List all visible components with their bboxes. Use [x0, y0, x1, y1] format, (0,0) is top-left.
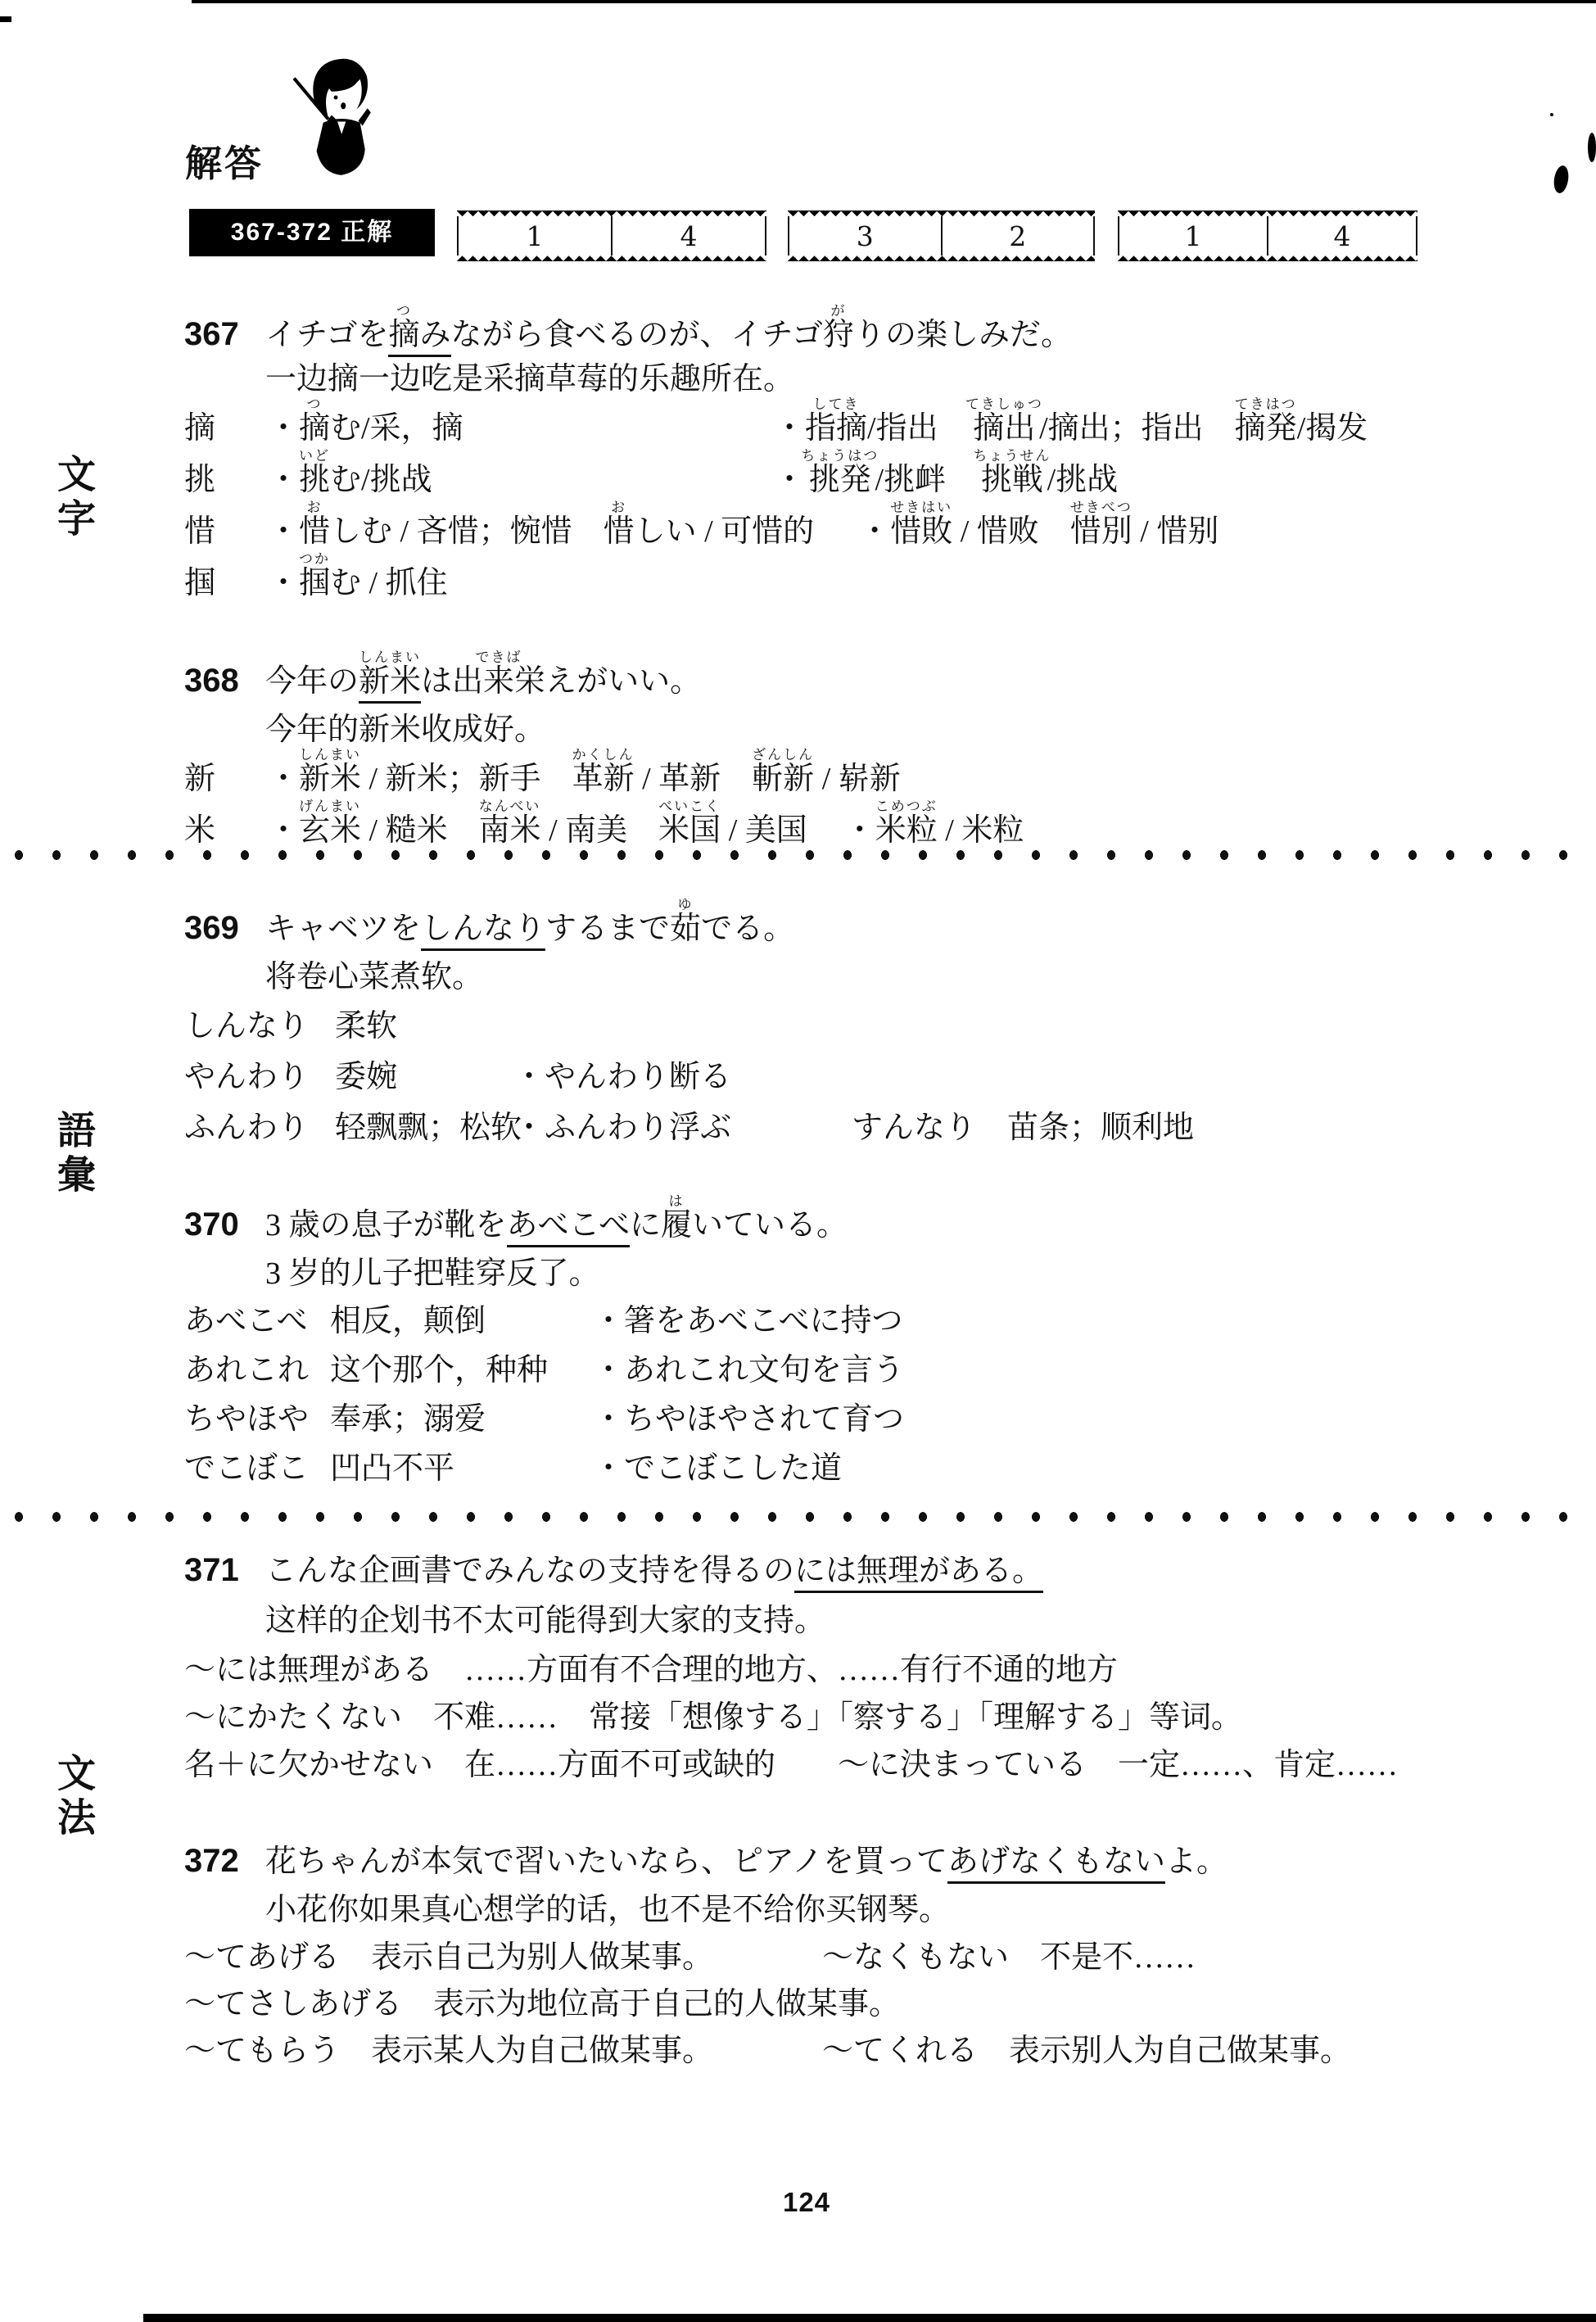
kanji-row: 米 ・玄米げんまい / 糙米 南米なんべい / 南美 米国べいこく / 美国 ・… — [184, 799, 1563, 850]
question-372: 372 花ちゃんが本気で習いたいなら、ピアノを買ってあげなくもないよ。 小花你如… — [184, 1826, 1563, 2082]
question-translation: 今年的新米收成好。 — [265, 714, 1563, 745]
vocab-row: あれこれ 这个那个，种种 ・あれこれ文句を言う — [184, 1355, 1563, 1386]
question-sentence: イチゴを摘つみながら食べるのが、イチゴ狩がりの楽しみだ。 — [265, 303, 1072, 353]
ink-speck — [1550, 113, 1553, 116]
question-translation: 3 岁的儿子把鞋穿反了。 — [265, 1258, 1563, 1289]
question-sentence: こんな企画書でみんなの支持を得るのには無理がある。 — [265, 1553, 1043, 1589]
vocab-term: しんなり — [184, 1011, 335, 1042]
page-root: 解答 367-372 正解 1 4 3 2 1 4 文字 語彙 文法 367 イ… — [0, 0, 1596, 2322]
dotted-divider — [0, 1511, 1596, 1523]
kanji-row: 新 ・新米しんまい / 新米；新手 革新かくしん / 革新 斬新ざんしん / 崭… — [184, 747, 1563, 799]
kanji-headword: 掴 — [184, 558, 268, 609]
vocab-example: ・ふんわり浮ぶ — [513, 1112, 852, 1143]
question-370: 370 3 歳の息子が靴をあべこべに履はいている。 3 岁的儿子把鞋穿反了。 あ… — [184, 1177, 1563, 1502]
grammar-lines: ～てあげる 表示自己为别人做某事。 ～なくもない 不是不…… ～てさしあげる 表… — [184, 1942, 1563, 2066]
kanji-rows: 新 ・新米しんまい / 新米；新手 革新かくしん / 革新 斬新ざんしん / 崭… — [184, 747, 1563, 850]
question-translation: 一边摘一边吃是采摘草莓的乐趣所在。 — [265, 364, 1563, 395]
vocab-meaning: 相反，颠倒 — [330, 1306, 593, 1337]
sidebar-label-characters: 文字 — [46, 454, 101, 542]
question-heading: 370 3 歳の息子が靴をあべこべに履はいている。 — [184, 1177, 1563, 1243]
vocab-example — [513, 1011, 852, 1042]
question-number: 369 — [184, 910, 265, 946]
vocab-term: でこぼこ — [184, 1453, 330, 1484]
vocab-row: でこぼこ 凹凸不平 ・でこぼこした道 — [184, 1453, 1563, 1484]
kanji-compounds-right: ・惜敗せきはい / 惜败 惜別せきべつ / 惜别 — [859, 500, 1218, 558]
question-number: 367 — [184, 316, 265, 352]
scan-speck — [0, 16, 11, 22]
question-number: 370 — [184, 1206, 265, 1242]
kanji-row: 惜 ・惜おしむ / 吝惜；惋惜 惜おしい / 可惜的 ・惜敗せきはい / 惜败 … — [184, 500, 1563, 551]
grammar-line: 名＋に欠かせない 在……方面不可或缺的 ～に決まっている 一定……、肯定…… — [184, 1749, 1563, 1781]
kanji-row: 挑 ・挑いどむ/挑战 ・挑発ちょうはつ/挑衅 挑戦ちょうせん/挑战 — [184, 448, 1563, 500]
answers-section-label: 解答 — [185, 134, 264, 187]
vocab-term: あべこべ — [184, 1306, 330, 1337]
vocab-row: やんわり 委婉 ・やんわり断る — [184, 1061, 1563, 1093]
scan-edge-line-bottom — [143, 2314, 1596, 2322]
answer-stamp-group: 1 4 — [457, 216, 766, 256]
question-369: 369 キャベツをしんなりするまで茹ゆでる。 将卷心菜煮软。 しんなり 柔软 や… — [184, 880, 1563, 1163]
vocab-row: ちやほや 奉承；溺爱 ・ちやほやされて育つ — [184, 1404, 1563, 1435]
question-number: 372 — [184, 1843, 265, 1879]
vocab-rows: あべこべ 相反，颠倒 ・箸をあべこべに持つ あれこれ 这个那个，种种 ・あれこれ… — [184, 1306, 1563, 1484]
answer-cell-369: 3 — [789, 216, 941, 256]
vocab-row: しんなり 柔软 — [184, 1011, 1563, 1042]
ink-blob — [1588, 133, 1596, 162]
kanji-compounds-left: ・玄米げんまい / 糙米 南米なんべい / 南美 米国べいこく / 美国 — [268, 799, 807, 857]
vocab-term: やんわり — [184, 1061, 335, 1093]
answer-cell-371: 1 — [1119, 216, 1267, 256]
answer-cell-367: 1 — [459, 216, 611, 256]
sidebar-label-vocabulary: 語彙 — [46, 1110, 101, 1198]
vocab-meaning: 柔软 — [335, 1011, 513, 1042]
grammar-line: ～てさしあげる 表示为地位高于自己的人做某事。 — [184, 1989, 1563, 2020]
sidebar-label-grammar: 文法 — [46, 1753, 101, 1841]
kanji-headword: 米 — [184, 805, 268, 857]
question-translation: 将卷心菜煮软。 — [265, 962, 1563, 993]
vocab-example: ・でこぼこした道 — [593, 1453, 842, 1484]
kanji-headword: 新 — [184, 754, 268, 805]
grammar-line: ～てあげる 表示自己为别人做某事。 ～なくもない 不是不…… — [184, 1942, 1563, 1973]
kanji-compounds-left: ・挑いどむ/挑战 — [268, 448, 774, 506]
kanji-compounds-right: ・挑発ちょうはつ/挑衅 挑戦ちょうせん/挑战 — [774, 448, 1118, 506]
vocab-example: ・箸をあべこべに持つ — [593, 1306, 902, 1337]
vocab-term: あれこれ — [184, 1355, 330, 1386]
vocab-meaning: 这个那个，种种 — [330, 1355, 593, 1386]
question-368: 368 今年の新米しんまいは出来栄できばえがいい。 今年的新米收成好。 新 ・新… — [184, 633, 1563, 850]
kanji-compounds-right: ・指摘してき/指出 摘出てきしゅつ/摘出；指出 摘発てきはつ/揭发 — [774, 396, 1368, 455]
vocab-rows: しんなり 柔软 やんわり 委婉 ・やんわり断る ふんわり 轻飘飘；松软 ・ふんわ… — [184, 1011, 1563, 1143]
question-heading: 369 キャベツをしんなりするまで茹ゆでる。 — [184, 880, 1563, 947]
kanji-rows: 摘 ・摘つむ/采，摘 ・指摘してき/指出 摘出てきしゅつ/摘出；指出 摘発てきは… — [184, 396, 1563, 603]
question-translation: 小花你如果真心想学的话，也不是不给你买钢琴。 — [265, 1894, 1563, 1926]
question-371: 371 こんな企画書でみんなの支持を得るのには無理がある。 这样的企划书不太可能… — [184, 1536, 1563, 1797]
ink-blob — [1552, 165, 1570, 194]
answer-stamp-group: 3 2 — [788, 216, 1095, 256]
question-heading: 371 こんな企画書でみんなの支持を得るのには無理がある。 — [184, 1536, 1563, 1589]
question-number: 368 — [184, 663, 265, 699]
kanji-compounds-left: ・摘つむ/采，摘 — [268, 396, 774, 455]
vocab-row: ふんわり 轻飘飘；松软 ・ふんわり浮ぶ すんなり 苗条；顺利地 — [184, 1112, 1563, 1143]
page-number: 124 — [741, 2187, 872, 2218]
vocab-example: ・あれこれ文句を言う — [593, 1355, 904, 1386]
vocab-meaning: 委婉 — [335, 1061, 513, 1093]
answer-cell-370: 2 — [941, 216, 1094, 256]
answer-cell-372: 4 — [1267, 216, 1416, 256]
kanji-headword: 摘 — [184, 403, 268, 455]
vocab-meaning: 轻飘飘；松软 — [335, 1112, 513, 1143]
kanji-headword: 惜 — [184, 506, 268, 558]
kanji-row: 摘 ・摘つむ/采，摘 ・指摘してき/指出 摘出てきしゅつ/摘出；指出 摘発てきは… — [184, 396, 1563, 448]
kanji-headword: 挑 — [184, 455, 268, 506]
answer-range-badge: 367-372 正解 — [189, 209, 435, 256]
question-sentence: 今年の新米しんまいは出来栄できばえがいい。 — [265, 650, 701, 699]
vocab-term: ちやほや — [184, 1404, 330, 1435]
question-heading: 367 イチゴを摘つみながら食べるのが、イチゴ狩がりの楽しみだ。 — [184, 287, 1563, 353]
kanji-compounds-left: ・新米しんまい / 新米；新手 革新かくしん / 革新 斬新ざんしん / 崭新 — [268, 747, 901, 805]
question-translation: 这样的企划书不太可能得到大家的支持。 — [265, 1605, 1563, 1636]
vocab-term: ふんわり — [184, 1112, 335, 1143]
kanji-compounds-right: ・米粒こめつぶ / 米粒 — [844, 799, 1024, 857]
question-heading: 372 花ちゃんが本気で習いたいなら、ピアノを買ってあげなくもないよ。 — [184, 1826, 1563, 1880]
grammar-lines: ～には無理がある ……方面有不合理的地方、……有行不通的地方 ～にかたくない 不… — [184, 1654, 1563, 1781]
question-number: 371 — [184, 1552, 265, 1588]
teacher-girl-illustration-icon — [290, 57, 378, 182]
vocab-meaning: 凹凸不平 — [330, 1453, 593, 1484]
kanji-compounds-left: ・掴つかむ / 抓住 — [268, 551, 448, 609]
question-sentence: キャベツをしんなりするまで茹ゆでる。 — [265, 897, 794, 947]
vocab-row: あべこべ 相反，颠倒 ・箸をあべこべに持つ — [184, 1306, 1563, 1337]
vocab-extra: すんなり 苗条；顺利地 — [852, 1112, 1194, 1143]
kanji-row: 掴 ・掴つかむ / 抓住 — [184, 551, 1563, 603]
vocab-example: ・ちやほやされて育つ — [593, 1404, 904, 1435]
question-sentence: 3 歳の息子が靴をあべこべに履はいている。 — [265, 1193, 848, 1243]
grammar-line: ～にかたくない 不难…… 常接「想像する」「察する」「理解する」等词。 — [184, 1702, 1563, 1733]
vocab-meaning: 奉承；溺爱 — [330, 1404, 593, 1435]
answer-stamp-group: 1 4 — [1118, 216, 1417, 256]
answer-cell-368: 4 — [611, 216, 765, 256]
scan-edge-line-top — [192, 0, 1596, 3]
grammar-line: ～には無理がある ……方面有不合理的地方、……有行不通的地方 — [184, 1654, 1563, 1686]
grammar-line: ～てもらう 表示某人为自己做某事。 ～てくれる 表示别人为自己做某事。 — [184, 2035, 1563, 2066]
vocab-example: ・やんわり断る — [513, 1061, 852, 1093]
question-sentence: 花ちゃんが本気で習いたいなら、ピアノを買ってあげなくもないよ。 — [265, 1844, 1228, 1880]
question-367: 367 イチゴを摘つみながら食べるのが、イチゴ狩がりの楽しみだ。 一边摘一边吃是… — [184, 287, 1563, 603]
question-heading: 368 今年の新米しんまいは出来栄できばえがいい。 — [184, 633, 1563, 699]
kanji-compounds-left: ・惜おしむ / 吝惜；惋惜 惜おしい / 可惜的 — [268, 500, 814, 558]
